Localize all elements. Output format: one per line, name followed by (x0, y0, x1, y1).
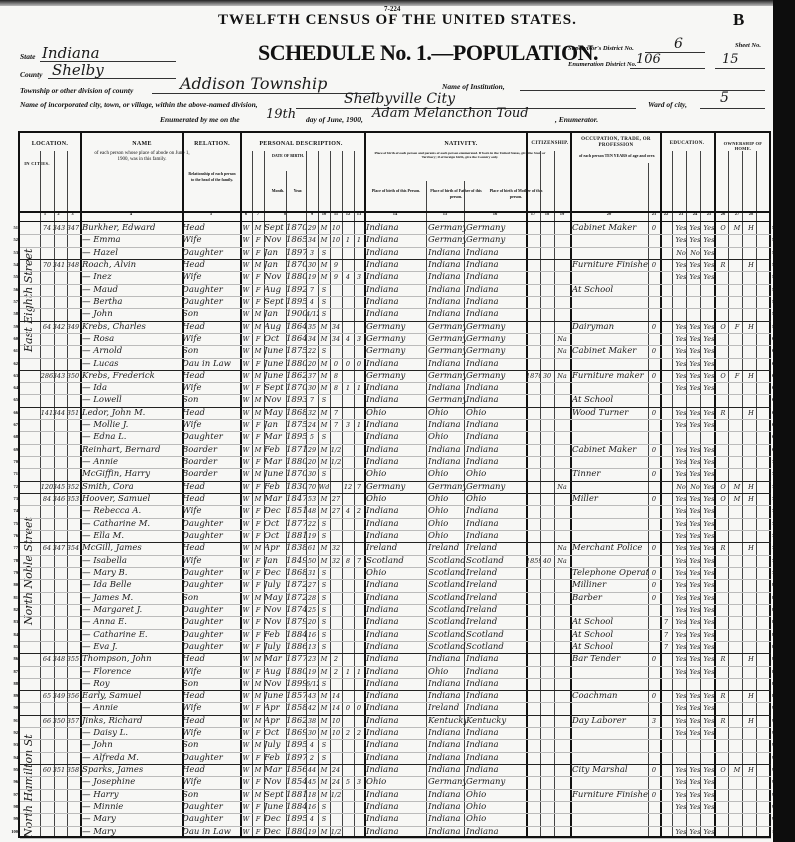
father-birthplace: Scotland (428, 579, 466, 591)
owned-or-rented (716, 382, 730, 394)
immigration-year (526, 813, 540, 825)
birth-month: Nov (264, 271, 286, 283)
sheet-letter: B (733, 10, 744, 30)
birthplace: Indiana (366, 518, 426, 530)
father-birthplace: Germany (428, 481, 466, 493)
years-married (330, 641, 342, 653)
can-read: Yes (674, 801, 688, 813)
table-row: 7764347354McGill, JamesHeadWMApr183861M3… (20, 542, 771, 555)
years-in-us (540, 641, 554, 653)
can-write: Yes (688, 505, 702, 517)
column-number: 17 (526, 211, 540, 216)
sex: F (252, 629, 264, 641)
family-number (66, 419, 80, 431)
family-number (66, 678, 80, 690)
family-number (66, 382, 80, 394)
birthplace: Indiana (366, 801, 426, 813)
birth-month: June (264, 468, 286, 480)
free-or-mortgaged (730, 284, 744, 296)
dwelling-number (52, 789, 66, 801)
naturalization (554, 247, 570, 259)
color: W (240, 234, 252, 246)
birthplace: Indiana (366, 752, 426, 764)
age: 7 (306, 284, 318, 296)
children-living (354, 542, 364, 554)
children-living (354, 468, 364, 480)
naturalization (554, 801, 570, 813)
mother-of: 4 (342, 271, 354, 283)
marital-status: M (318, 407, 330, 419)
immigration-year (526, 752, 540, 764)
table-row: 92— Daisy L.WifeWFOct186930M1022IndianaI… (20, 727, 771, 740)
children-living: 2 (354, 727, 364, 739)
header-in-cities: IN CITIES. (22, 161, 52, 166)
free-or-mortgaged: M (730, 493, 744, 505)
months-unemployed (648, 727, 660, 739)
can-read (674, 431, 688, 443)
line-number-right: 77 (772, 542, 784, 554)
can-write: Yes (688, 567, 702, 579)
years-married: 14 (330, 690, 342, 702)
can-write: No (688, 247, 702, 259)
owned-or-rented (716, 752, 730, 764)
years-in-us (540, 518, 554, 530)
months-school (660, 518, 672, 530)
dwelling-number (52, 234, 66, 246)
farm-or-house (744, 739, 758, 751)
column-number: 15 (426, 211, 464, 216)
occupation (572, 702, 648, 714)
color: W (240, 407, 252, 419)
mother-birthplace: Indiana (466, 666, 526, 678)
father-birthplace: Indiana (428, 764, 466, 776)
owned-or-rented (716, 727, 730, 739)
column-number: 12 (342, 211, 354, 216)
line-number: 70 (6, 456, 18, 468)
speaks-english: Yes (702, 616, 716, 628)
mother-birthplace: Germany (466, 776, 526, 788)
can-write: Yes (688, 592, 702, 604)
years-married: 0 (330, 358, 342, 370)
person-name: — Minnie (82, 801, 180, 813)
years-in-us (540, 653, 554, 665)
years-married: 2 (330, 666, 342, 678)
years-married: 7 (330, 407, 342, 419)
months-unemployed (648, 629, 660, 641)
birthplace: Indiana (366, 629, 426, 641)
immigration-year (526, 222, 540, 234)
months-unemployed (648, 752, 660, 764)
marital-status: M (318, 419, 330, 431)
children-living (354, 247, 364, 259)
father-birthplace: Indiana (428, 789, 466, 801)
father-birthplace: Indiana (428, 456, 466, 468)
months-unemployed (648, 505, 660, 517)
person-name: — Lowell (82, 394, 180, 406)
months-unemployed: 0 (648, 542, 660, 554)
line-number-right: 97 (772, 789, 784, 801)
months-unemployed (648, 234, 660, 246)
immigration-year (526, 739, 540, 751)
birthplace: Indiana (366, 358, 426, 370)
person-name: Krebs, Frederick (82, 370, 180, 382)
header-personal: PERSONAL DESCRIPTION. (242, 141, 360, 147)
line-number: 92 (6, 727, 18, 739)
mother-birthplace: Indiana (466, 259, 526, 271)
person-name: — Ida Belle (82, 579, 180, 591)
color: W (240, 826, 252, 838)
birth-year: 1856 (286, 764, 306, 776)
father-birthplace: Ohio (428, 493, 466, 505)
farm-or-house (744, 579, 758, 591)
sex: M (252, 653, 264, 665)
children-living (354, 739, 364, 751)
immigration-year (526, 271, 540, 283)
color: W (240, 468, 252, 480)
age: 6/12 (306, 678, 318, 690)
naturalization (554, 419, 570, 431)
birth-month: Mar (264, 456, 286, 468)
header-education: EDUCATION. (660, 141, 714, 146)
immigration-year (526, 505, 540, 517)
header-name-desc: of each person whose place of abode on J… (92, 151, 192, 163)
free-or-mortgaged (730, 641, 744, 653)
birthplace: Indiana (366, 715, 426, 727)
birth-year: 1869 (286, 727, 306, 739)
months-unemployed: 3 (648, 715, 660, 727)
father-birthplace: Indiana (428, 826, 466, 838)
years-in-us (540, 690, 554, 702)
free-or-mortgaged (730, 579, 744, 591)
color: W (240, 752, 252, 764)
naturalization (554, 567, 570, 579)
speaks-english: Yes (702, 234, 716, 246)
can-write (688, 431, 702, 443)
age: 3 (306, 247, 318, 259)
children-living (354, 394, 364, 406)
children-living (354, 801, 364, 813)
can-read: Yes (674, 358, 688, 370)
person-name: — Isabella (82, 555, 180, 567)
occupation (572, 555, 648, 567)
institution-label: Name of Institution, (442, 82, 505, 91)
can-write: Yes (688, 456, 702, 468)
children-living (354, 813, 364, 825)
speaks-english: Yes (702, 641, 716, 653)
children-living (354, 715, 364, 727)
mother-birthplace: Ohio (466, 789, 526, 801)
sex: M (252, 407, 264, 419)
birth-month: Oct (264, 530, 286, 542)
birth-year: 1886 (286, 641, 306, 653)
owned-or-rented (716, 629, 730, 641)
years-married (330, 592, 342, 604)
age: 42 (306, 702, 318, 714)
immigration-year (526, 579, 540, 591)
header-location: LOCATION. (22, 141, 78, 147)
marital-status: S (318, 518, 330, 530)
years-married: 24 (330, 776, 342, 788)
years-married: 24 (330, 764, 342, 776)
table-row: 96— JosephineWifeWFNov185445M2453OhioGer… (20, 776, 771, 789)
sex: M (252, 308, 264, 320)
father-birthplace: Germany (428, 333, 466, 345)
sex: F (252, 271, 264, 283)
free-or-mortgaged (730, 296, 744, 308)
line-number-right: 78 (772, 555, 784, 567)
birthplace: Indiana (366, 222, 426, 234)
naturalization (554, 702, 570, 714)
speaks-english: Yes (702, 382, 716, 394)
father-birthplace: Indiana (428, 259, 466, 271)
children-living (354, 222, 364, 234)
county-label: County (20, 70, 43, 79)
owned-or-rented (716, 616, 730, 628)
owned-or-rented: O (716, 764, 730, 776)
birth-year: 1858 (286, 702, 306, 714)
owned-or-rented (716, 702, 730, 714)
family-number (66, 358, 80, 370)
children-living: 2 (354, 505, 364, 517)
owned-or-rented (716, 555, 730, 567)
sex: F (252, 481, 264, 493)
speaks-english: Yes (702, 715, 716, 727)
age: 29 (306, 222, 318, 234)
line-number-right: 59 (772, 321, 784, 333)
line-number-right: 95 (772, 764, 784, 776)
line-number-right: 60 (772, 333, 784, 345)
farm-or-house: H (744, 764, 758, 776)
mother-birthplace: Germany (466, 370, 526, 382)
owned-or-rented (716, 739, 730, 751)
dwelling-number (52, 641, 66, 653)
dwelling-number (52, 284, 66, 296)
color: W (240, 702, 252, 714)
mother-of (342, 690, 354, 702)
can-write: Yes (688, 222, 702, 234)
speaks-english: Yes (702, 333, 716, 345)
immigration-year (526, 530, 540, 542)
years-married: 10 (330, 727, 342, 739)
mother-birthplace: Indiana (466, 308, 526, 320)
color: W (240, 653, 252, 665)
sex: M (252, 592, 264, 604)
naturalization (554, 653, 570, 665)
birth-year: 1862 (286, 715, 306, 727)
children-living (354, 616, 364, 628)
can-read: Yes (674, 776, 688, 788)
birth-year: 1872 (286, 592, 306, 604)
naturalization (554, 813, 570, 825)
mother-birthplace: Indiana (466, 271, 526, 283)
years-married: 9 (330, 271, 342, 283)
line-number-right: 82 (772, 604, 784, 616)
age: 19 (306, 271, 318, 283)
can-read: Yes (674, 592, 688, 604)
speaks-english: Yes (702, 801, 716, 813)
years-in-us (540, 542, 554, 554)
free-or-mortgaged (730, 234, 744, 246)
years-in-us (540, 419, 554, 431)
census-title: TWELFTH CENSUS OF THE UNITED STATES. (218, 12, 577, 29)
family-number (66, 727, 80, 739)
owned-or-rented (716, 776, 730, 788)
schedule-title: SCHEDULE No. 1.—POPULATION. (258, 40, 598, 66)
children-living (354, 690, 364, 702)
can-write: Yes (688, 653, 702, 665)
immigration-year (526, 345, 540, 357)
relation: Daughter (182, 431, 238, 443)
months-school (660, 308, 672, 320)
years-married (330, 394, 342, 406)
birthplace: Indiana (366, 271, 426, 283)
can-read (674, 752, 688, 764)
free-or-mortgaged (730, 752, 744, 764)
owned-or-rented (716, 678, 730, 690)
occupation: Furniture Finisher (572, 789, 648, 801)
sex: M (252, 739, 264, 751)
speaks-english: Yes (702, 456, 716, 468)
months-school (660, 702, 672, 714)
years-in-us (540, 678, 554, 690)
birth-month: Mar (264, 653, 286, 665)
marital-status: S (318, 801, 330, 813)
relation: Daughter (182, 801, 238, 813)
occupation: Wood Turner (572, 407, 648, 419)
age: 24 (306, 419, 318, 431)
birthplace: Germany (366, 333, 426, 345)
children-living (354, 284, 364, 296)
age: 28 (306, 592, 318, 604)
can-write: Yes (688, 370, 702, 382)
can-write (688, 308, 702, 320)
birth-month: Jan (264, 419, 286, 431)
age: 19 (306, 530, 318, 542)
relation: Son (182, 678, 238, 690)
sex: F (252, 419, 264, 431)
immigration-year (526, 382, 540, 394)
months-school (660, 468, 672, 480)
months-school (660, 752, 672, 764)
months-unemployed (648, 456, 660, 468)
birth-year: 1857 (286, 690, 306, 702)
free-or-mortgaged (730, 678, 744, 690)
marital-status: S (318, 752, 330, 764)
mother-of (342, 592, 354, 604)
birth-year: 1871 (286, 444, 306, 456)
can-write: Yes (688, 234, 702, 246)
marital-status: M (318, 358, 330, 370)
dwelling-number (52, 813, 66, 825)
line-number-right: 90 (772, 702, 784, 714)
line-number: 76 (6, 530, 18, 542)
marital-status: S (318, 629, 330, 641)
marital-status: S (318, 296, 330, 308)
free-or-mortgaged (730, 431, 744, 443)
color: W (240, 394, 252, 406)
months-school (660, 259, 672, 271)
farm-or-house (744, 530, 758, 542)
mother-birthplace: Ohio (466, 468, 526, 480)
marital-status: S (318, 284, 330, 296)
occupation (572, 604, 648, 616)
marital-status: S (318, 567, 330, 579)
table-row: 66141344351Ledor, John M.HeadWMMay186832… (20, 407, 771, 420)
can-read: Yes (674, 666, 688, 678)
sheet-label: Sheet No. (735, 42, 761, 49)
occupation (572, 813, 648, 825)
birth-month: May (264, 407, 286, 419)
can-read: Yes (674, 641, 688, 653)
children-living (354, 641, 364, 653)
sex: M (252, 764, 264, 776)
dwelling-number (52, 567, 66, 579)
line-number-right: 99 (772, 813, 784, 825)
naturalization (554, 739, 570, 751)
column-number: 20 (570, 211, 648, 216)
occupation: Barber (572, 592, 648, 604)
birthplace: Germany (366, 370, 426, 382)
relation: Daughter (182, 629, 238, 641)
years-married: 7 (330, 419, 342, 431)
mother-of (342, 789, 354, 801)
years-in-us (540, 321, 554, 333)
can-write: Yes (688, 468, 702, 480)
color: W (240, 690, 252, 702)
person-name: — Anna E. (82, 616, 180, 628)
dwelling-number (52, 394, 66, 406)
speaks-english: Yes (702, 629, 716, 641)
city-label: Name of incorporated city, town, or vill… (20, 100, 258, 109)
speaks-english: Yes (702, 345, 716, 357)
color: W (240, 518, 252, 530)
age: 43 (306, 690, 318, 702)
years-married (330, 284, 342, 296)
farm-or-house (744, 629, 758, 641)
years-in-us (540, 222, 554, 234)
person-name: — Edna L. (82, 431, 180, 443)
relation: Daughter (182, 296, 238, 308)
marital-status: S (318, 604, 330, 616)
free-or-mortgaged: M (730, 764, 744, 776)
months-school (660, 456, 672, 468)
farm-or-house (744, 444, 758, 456)
dwelling-number (52, 616, 66, 628)
family-number: 351 (66, 407, 80, 419)
line-number-right: 89 (772, 690, 784, 702)
age: 25 (306, 604, 318, 616)
immigration-year: 1870 (526, 370, 540, 382)
can-write: Yes (688, 789, 702, 801)
speaks-english: Yes (702, 468, 716, 480)
immigration-year (526, 358, 540, 370)
father-birthplace: Ohio (428, 407, 466, 419)
table-row: 75— Catharine M.DaughterWFOct187722SIndi… (20, 518, 771, 531)
years-married (330, 629, 342, 641)
free-or-mortgaged (730, 444, 744, 456)
father-birthplace: Scotland (428, 567, 466, 579)
line-number-right: 93 (772, 739, 784, 751)
dwelling-number (52, 604, 66, 616)
birth-month: June (264, 370, 286, 382)
birthplace: Germany (366, 481, 426, 493)
age: 20 (306, 616, 318, 628)
age: 30 (306, 468, 318, 480)
column-number: 28 (744, 211, 758, 216)
father-birthplace: Ohio (428, 530, 466, 542)
birth-month: Feb (264, 629, 286, 641)
birth-year: 1899 (286, 678, 306, 690)
